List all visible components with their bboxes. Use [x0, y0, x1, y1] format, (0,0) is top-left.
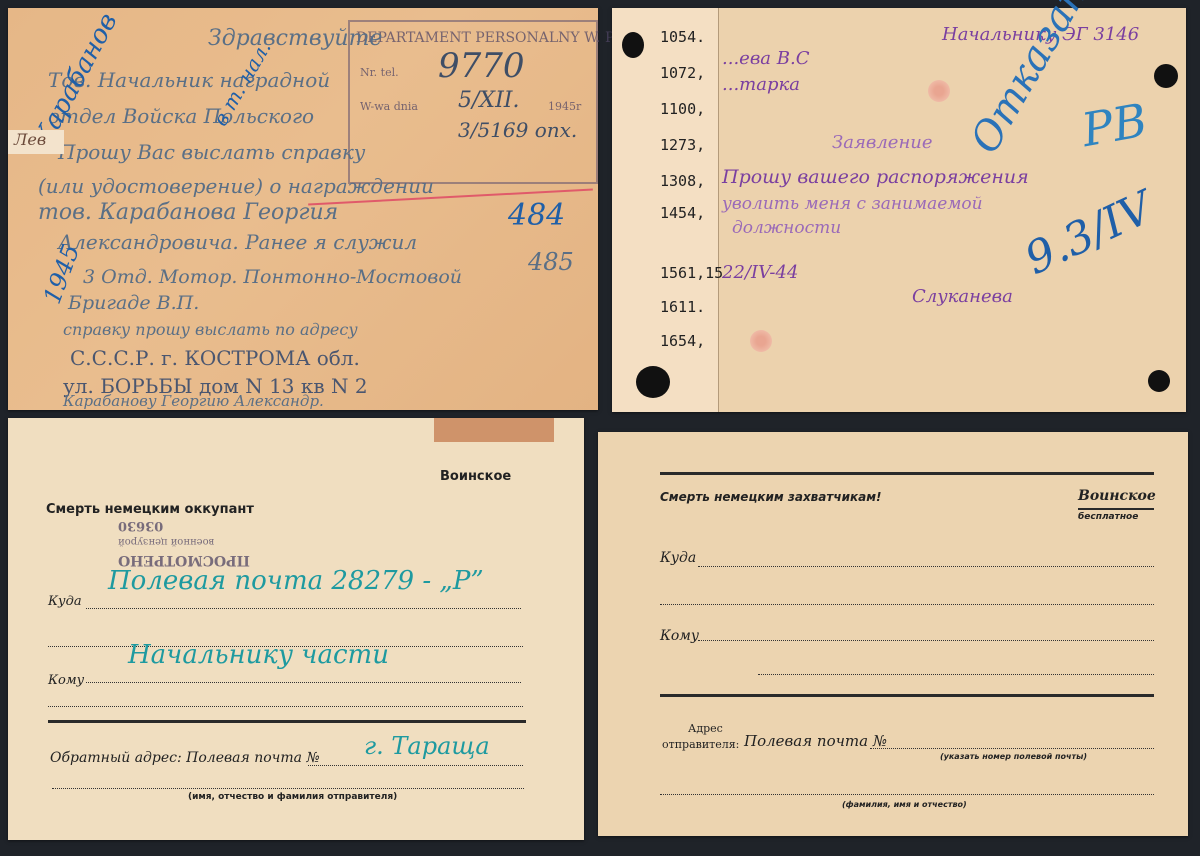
punch-hole-bottom-left — [636, 366, 670, 398]
index-number-3: 1100, — [660, 100, 705, 118]
index-number-9: 1654, — [660, 332, 705, 350]
from-line-1: ...ева В.С — [722, 48, 809, 69]
slogan: Смерть немецким захватчикам! — [660, 490, 882, 504]
letter-line-10: справку прошу выслать по адресу — [63, 320, 358, 339]
sender-caption: (имя, отчество и фамилия отправителя) — [188, 792, 397, 802]
to-field-line-2 — [660, 604, 1154, 605]
resolution-initials: РВ — [1078, 93, 1151, 157]
whom-value: Начальнику части — [128, 640, 389, 670]
index-number-8: 1611. — [660, 298, 705, 316]
letter-type: Воинское — [1078, 488, 1156, 504]
letter-line-6: тов. Карабанова Георгия — [38, 200, 338, 225]
body-line-2: уволить меня с занимаемой — [722, 194, 983, 214]
punch-hole-top-right — [1154, 64, 1178, 88]
letter-line-3: отдел Войска Польского — [48, 104, 314, 128]
stamp-ref: 3/5169 опх. — [458, 118, 577, 142]
application-title: Заявление — [832, 132, 933, 153]
letter-line-5: (или удостоверение) о награждении — [38, 174, 434, 198]
letter-type: Воинское — [440, 469, 511, 484]
body-line-3: должности — [732, 218, 841, 238]
military-letter-blank: Смерть немецким захватчикам! Воинское бе… — [598, 432, 1188, 836]
stamp-header: DEPARTAMENT PERSONALNY W. P. — [356, 30, 616, 46]
signature: Слуканева — [912, 286, 1013, 307]
whom-field-line — [698, 640, 1154, 641]
index-number-5: 1308, — [660, 172, 705, 190]
sender-name-line — [52, 788, 524, 789]
letter-line-8: 3 Отд. Мотор. Понтонно-Мостовой — [83, 266, 462, 288]
index-number-6: 1454, — [660, 204, 705, 222]
address-label-1: Адрес — [688, 722, 723, 735]
letter-line-4: Прошу Вас выслать справку — [58, 140, 365, 164]
censor-stamp-line-2: военной цензурой — [118, 536, 214, 547]
whom-field-line-2 — [48, 706, 523, 707]
stamp-date: 5/XII. — [458, 88, 519, 113]
censor-stamp-line-1: 03630 — [118, 518, 163, 533]
body-line-1: Прошу вашего распоряжения — [722, 166, 1029, 188]
whom-field-line-2 — [758, 674, 1154, 675]
stamp-number: 9770 — [438, 46, 525, 86]
whom-label: Кому — [48, 673, 84, 688]
paper-tab-label: Лев — [14, 130, 46, 149]
stamp-date-label: W-wa dnia — [360, 100, 418, 113]
resolution-date: 9.3/IV — [1017, 182, 1160, 285]
letter-line-9: Бригаде В.П. — [68, 292, 199, 314]
top-rule — [660, 472, 1154, 475]
red-star-stamp-2 — [750, 330, 772, 352]
return-address-label: Обратный адрес: Полевая почта № — [50, 750, 320, 766]
return-city: г. Тараща — [364, 732, 490, 760]
paper-tab: Лев — [8, 130, 64, 154]
sender-name-caption: (фамилия, имя и отчество) — [842, 800, 967, 809]
pencil-number-485: 485 — [528, 248, 574, 276]
divider-rule — [48, 720, 526, 723]
to-value: Полевая почта 28279 - „Р” — [108, 566, 484, 596]
index-number-7: 1561,15 — [660, 264, 723, 282]
postcard-application: 1054. 1072, 1100, 1273, 1308, 1454, 1561… — [612, 8, 1186, 412]
whom-field-line — [86, 682, 521, 683]
punch-hole-top-left — [622, 32, 644, 58]
index-number-4: 1273, — [660, 136, 705, 154]
to-label: Куда — [660, 550, 696, 566]
field-post-line — [870, 748, 1154, 749]
field-post-label: Полевая почта № — [744, 732, 887, 750]
sender-name-line — [660, 794, 1154, 795]
to-label: Куда — [48, 594, 82, 609]
stamp-year: 1945r — [548, 100, 581, 113]
red-star-stamp-1 — [928, 80, 950, 102]
letter-type-underline — [1078, 508, 1154, 510]
field-post-caption: (указать номер полевой почты) — [940, 752, 1087, 761]
blue-number-484: 484 — [508, 198, 565, 233]
application-date: 22/IV-44 — [722, 262, 798, 283]
punch-hole-bottom-right — [1148, 370, 1170, 392]
to-field-line — [698, 566, 1154, 567]
letter-line-1: Здравствуйте — [208, 26, 382, 51]
military-letter-filled: Смерть немецким оккупант Воинское 03630 … — [8, 418, 584, 840]
stamp-nr-label: Nr. tel. — [360, 66, 399, 79]
index-number-1: 1054. — [660, 28, 705, 46]
letter-line-7: Александровича. Ранее я служил — [58, 230, 417, 254]
address-label-2: отправителя: — [662, 738, 739, 751]
index-number-2: 1072, — [660, 64, 705, 82]
whom-label: Кому — [660, 628, 699, 644]
letter-line-11: С.С.С.Р. г. КОСТРОМА обл. — [70, 346, 360, 370]
postcard-award-request: DEPARTAMENT PERSONALNY W. P. Nr. tel. W-… — [8, 8, 598, 410]
from-line-2: ...тарка — [722, 74, 800, 95]
torn-tape — [434, 418, 554, 442]
return-field-line — [308, 765, 523, 766]
letter-line-13: Карабанову Георгию Александр. — [63, 392, 324, 410]
divider-rule — [660, 694, 1154, 697]
free-label: бесплатное — [1078, 512, 1138, 522]
slogan: Смерть немецким оккупант — [46, 502, 254, 517]
to-field-line — [86, 608, 521, 609]
